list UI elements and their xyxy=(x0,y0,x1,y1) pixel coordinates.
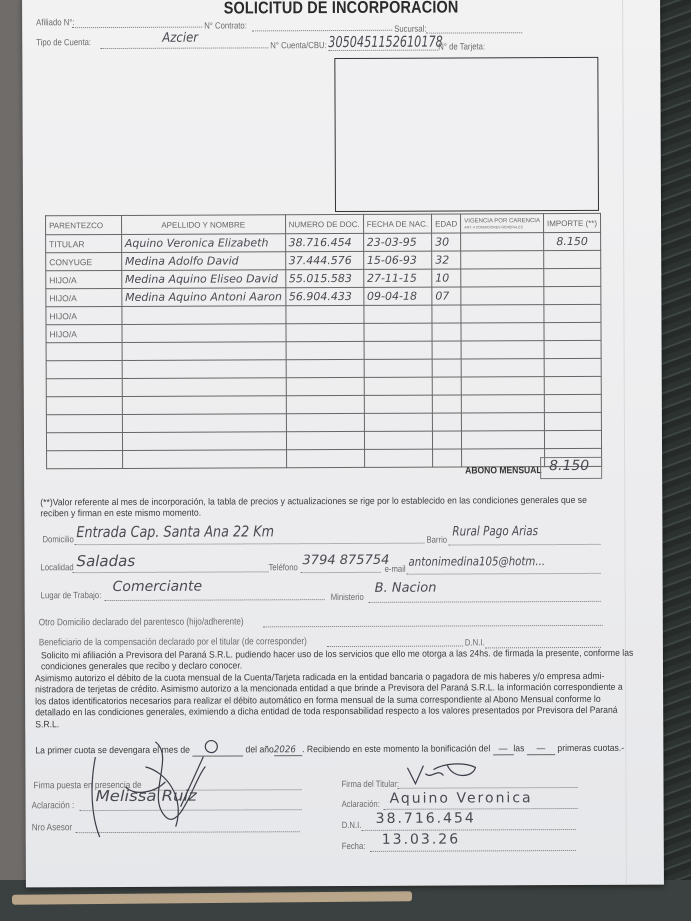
family-table-row xyxy=(46,412,601,432)
cell-nombre[interactable] xyxy=(122,360,286,379)
domicilio-label: Domicilio xyxy=(42,534,73,544)
abono-mensual-label: ABONO MENSUAL xyxy=(465,465,542,476)
debito-paragraph: Asimismo autorizo el débito de la cuota … xyxy=(35,671,629,731)
background-marble xyxy=(659,0,691,921)
form-title: SOLICITUD DE INCORPORACIÓN xyxy=(70,0,612,19)
cell-fecha-nac[interactable] xyxy=(364,377,432,395)
cell-doc[interactable] xyxy=(286,395,364,413)
family-table-row xyxy=(46,394,601,414)
family-table-row xyxy=(46,340,601,360)
fecha-field[interactable] xyxy=(370,850,576,852)
barrio-field[interactable] xyxy=(448,544,600,546)
header-edad: EDAD xyxy=(432,214,461,233)
tipo-cuenta-label: Tipo de Cuenta: xyxy=(36,37,91,47)
cell-doc[interactable] xyxy=(286,431,364,449)
header-fecha-nac: FECHA DE NAC. xyxy=(363,214,431,233)
asesor-label: Nro Asesor xyxy=(32,822,72,833)
dni-titular-field[interactable] xyxy=(362,829,576,831)
cell-fecha-nac[interactable]: 15-06-93 xyxy=(363,251,431,269)
cell-parentezco: HIJO/A xyxy=(46,324,122,342)
cell-doc[interactable] xyxy=(285,305,363,323)
barrio-label: Barrio xyxy=(426,535,447,545)
trabajo-field[interactable] xyxy=(105,599,325,601)
family-table-row xyxy=(46,376,601,396)
cell-edad[interactable] xyxy=(432,431,461,449)
cell-fecha-nac[interactable]: 23-03-95 xyxy=(363,233,431,251)
cell-doc[interactable] xyxy=(286,323,364,341)
aclaracion-left-label: Aclaración : xyxy=(32,800,75,811)
email-value: antonimedina105@hotm... xyxy=(408,554,545,569)
family-table-row: TITULARAquino Veronica Elizabeth38.716.4… xyxy=(46,232,601,252)
cell-edad[interactable] xyxy=(433,449,462,467)
family-table-row: HIJO/AMedina Aquino Antoni Aaron56.904.4… xyxy=(46,286,601,306)
contrato-field[interactable] xyxy=(252,30,392,32)
afiliado-label: Afiliado N°: xyxy=(36,17,74,27)
family-table-row: CONYUGEMedina Adolfo David37.444.57615-0… xyxy=(46,250,601,270)
cell-importe[interactable]: 8.150 xyxy=(544,232,601,250)
cell-nombre[interactable] xyxy=(122,450,286,469)
cell-vigencia[interactable] xyxy=(461,305,544,323)
otro-domicilio-field[interactable] xyxy=(263,625,603,627)
cell-importe[interactable] xyxy=(544,376,601,394)
cell-parentezco xyxy=(46,432,122,450)
cell-nombre[interactable] xyxy=(122,378,286,397)
email-label: e-mail xyxy=(385,564,406,574)
titular-signature-label: Firma del Titular: xyxy=(341,779,399,789)
cell-doc[interactable]: 56.904.433 xyxy=(285,287,363,305)
aclaracion-right-value: Aquino Veronica xyxy=(390,790,533,807)
trabajo-label: Lugar de Trabajo: xyxy=(41,590,102,600)
contrato-label: N° Contrato: xyxy=(204,20,247,30)
family-table-row: HIJO/A xyxy=(46,304,601,324)
cell-parentezco xyxy=(47,450,123,468)
cell-edad[interactable] xyxy=(432,359,461,377)
cell-edad[interactable] xyxy=(432,413,461,431)
cell-nombre[interactable]: Medina Adolfo David xyxy=(121,252,285,271)
cell-edad[interactable]: 30 xyxy=(432,233,461,251)
dni-titular-label: D.N.I. xyxy=(342,820,362,830)
cell-vigencia[interactable] xyxy=(461,359,544,377)
cell-nombre[interactable] xyxy=(122,306,286,325)
family-table-row xyxy=(46,430,601,450)
header-nombre: APELLIDO Y NOMBRE xyxy=(121,215,285,235)
cell-fecha-nac[interactable]: 27-11-15 xyxy=(363,269,431,287)
cell-parentezco xyxy=(46,342,122,360)
telefono-label: Teléfono xyxy=(269,562,298,572)
cell-vigencia[interactable] xyxy=(462,413,545,431)
otro-domicilio-label: Otro Domicilio declarado del parentesco … xyxy=(39,616,244,628)
domicilio-value: Entrada Cap. Santa Ana 22 Km xyxy=(76,522,274,541)
header-importe: IMPORTE (**) xyxy=(543,213,600,232)
cuota-las: las xyxy=(513,743,524,753)
cell-doc[interactable] xyxy=(286,449,364,467)
cell-vigencia[interactable] xyxy=(461,233,544,251)
cell-vigencia[interactable] xyxy=(462,395,545,413)
aclaracion-right-label: Aclaración: xyxy=(342,799,380,809)
cell-importe[interactable] xyxy=(544,304,601,322)
dni-beneficiario-label: D.N.I. xyxy=(465,637,485,647)
cell-fecha-nac[interactable]: 09-04-18 xyxy=(363,287,431,305)
ministerio-value: B. Nacion xyxy=(375,581,437,596)
ministerio-label: Ministerio xyxy=(331,592,364,602)
tarjeta-label: N° de Tarjeta: xyxy=(438,41,485,51)
cell-fecha-nac[interactable] xyxy=(364,323,432,341)
header-vigencia-sub: ART. 4 CONDICIONES GENERALES xyxy=(464,224,540,230)
cell-fecha-nac[interactable] xyxy=(364,449,432,467)
cell-importe[interactable] xyxy=(544,358,601,376)
cell-doc[interactable]: 55.015.583 xyxy=(285,269,363,287)
cell-importe[interactable] xyxy=(544,268,601,286)
cell-vigencia[interactable] xyxy=(461,269,544,287)
cell-nombre[interactable] xyxy=(122,324,286,343)
cell-parentezco xyxy=(46,396,122,414)
cell-nombre[interactable] xyxy=(122,432,286,451)
barrio-value: Rural Pago Arias xyxy=(452,524,538,539)
cell-vigencia[interactable] xyxy=(461,323,544,341)
cell-vigencia[interactable] xyxy=(462,431,545,449)
fecha-value: 13.03.26 xyxy=(382,831,460,847)
titular-signature xyxy=(403,759,483,789)
cell-edad[interactable]: 32 xyxy=(432,251,461,269)
cuota-anio-label: del año xyxy=(245,744,273,754)
cell-doc[interactable]: 37.444.576 xyxy=(285,251,363,269)
cell-nombre[interactable]: Medina Aquino Eliseo David xyxy=(121,270,285,289)
ministerio-field[interactable] xyxy=(369,601,601,603)
domicilio-field[interactable] xyxy=(74,543,424,546)
email-field[interactable] xyxy=(407,573,601,575)
cell-importe[interactable] xyxy=(544,412,601,430)
cell-edad[interactable]: 10 xyxy=(432,269,461,287)
cell-nombre[interactable]: Aquino Veronica Elizabeth xyxy=(121,234,285,253)
telefono-value: 3794 875754 xyxy=(302,553,389,568)
dni-titular-value: 38.716.454 xyxy=(376,810,476,826)
cell-parentezco: HIJO/A xyxy=(46,270,122,288)
cell-edad[interactable] xyxy=(432,395,461,413)
cell-nombre[interactable] xyxy=(122,414,286,433)
cuenta-cbu-value: 3050451152610178 xyxy=(328,33,443,51)
fecha-label: Fecha: xyxy=(342,841,366,851)
tipo-cuenta-value: Azcier xyxy=(162,31,198,46)
cell-edad[interactable] xyxy=(432,377,461,395)
cell-doc[interactable] xyxy=(286,359,364,377)
cell-fecha-nac[interactable] xyxy=(364,431,432,449)
header-vigencia-title: VIGENCIA POR CARENCIA xyxy=(464,218,540,224)
cell-nombre[interactable] xyxy=(122,396,286,415)
cell-nombre[interactable] xyxy=(122,342,286,361)
cell-edad[interactable] xyxy=(432,305,461,323)
witness-signature xyxy=(85,737,225,848)
cuenta-cbu-label: N° Cuenta/CBU: xyxy=(270,40,326,50)
cell-parentezco: HIJO/A xyxy=(46,288,122,306)
tipo-cuenta-field[interactable] xyxy=(100,47,268,49)
cell-vigencia[interactable] xyxy=(461,377,544,395)
family-table-row: HIJO/A xyxy=(46,322,601,342)
cell-parentezco xyxy=(46,414,122,432)
trabajo-value: Comerciante xyxy=(113,579,203,595)
cell-importe[interactable] xyxy=(544,394,601,412)
abono-mensual-value: 8.150 xyxy=(549,458,589,474)
cell-doc[interactable] xyxy=(286,413,364,431)
family-table-row: HIJO/AMedina Aquino Eliseo David55.015.5… xyxy=(46,268,601,288)
cell-parentezco: HIJO/A xyxy=(46,306,122,324)
cell-vigencia[interactable] xyxy=(461,251,544,269)
cuota-mid: . Recibiendo en este momento la bonifica… xyxy=(302,743,490,754)
cell-vigencia[interactable] xyxy=(461,341,544,359)
localidad-value: Saladas xyxy=(76,552,135,570)
cell-doc[interactable] xyxy=(286,341,364,359)
header-parentezco: PARENTEZCO xyxy=(46,215,122,234)
afiliacion-paragraph: Solicito mi afiliación a Previsora del P… xyxy=(41,648,635,673)
cell-fecha-nac[interactable] xyxy=(364,413,432,431)
family-table-row xyxy=(46,358,601,378)
cell-vigencia[interactable] xyxy=(461,287,544,305)
cell-fecha-nac[interactable] xyxy=(364,359,432,377)
cell-fecha-nac[interactable] xyxy=(364,341,432,359)
bonif-las-field[interactable]: — xyxy=(527,743,555,756)
form-paper: SOLICITUD DE INCORPORACIÓN Afiliado N°: … xyxy=(22,0,664,887)
cell-nombre[interactable]: Medina Aquino Antoni Aaron xyxy=(122,288,286,307)
cell-importe[interactable] xyxy=(544,250,601,268)
cell-importe[interactable] xyxy=(544,286,601,304)
localidad-label: Localidad xyxy=(41,562,74,572)
family-table: PARENTEZCO APELLIDO Y NOMBRE NUMERO DE D… xyxy=(45,213,602,469)
cell-doc[interactable]: 38.716.454 xyxy=(285,233,363,251)
cell-importe[interactable] xyxy=(544,322,601,340)
header-vigencia: VIGENCIA POR CARENCIA ART. 4 CONDICIONES… xyxy=(461,214,544,233)
cuota-suffix: primeras cuotas.- xyxy=(557,743,624,753)
cell-edad[interactable] xyxy=(432,323,461,341)
abono-mensual-field[interactable]: 8.150 xyxy=(540,457,602,479)
telefono-field[interactable] xyxy=(301,572,381,573)
cell-fecha-nac[interactable] xyxy=(364,395,432,413)
cell-edad[interactable] xyxy=(432,341,461,359)
aclaracion-right-field[interactable] xyxy=(384,808,578,810)
family-table-header: PARENTEZCO APELLIDO Y NOMBRE NUMERO DE D… xyxy=(46,213,601,234)
cell-parentezco: TITULAR xyxy=(46,234,122,252)
afiliado-field[interactable] xyxy=(72,27,202,29)
beneficiario-label: Beneficiario de la compensación declarad… xyxy=(39,636,307,648)
price-footnote: (**)Valor referente al mes de incorporac… xyxy=(40,495,595,520)
localidad-field[interactable] xyxy=(73,571,269,573)
card-photo-box xyxy=(334,57,599,212)
cell-parentezco: CONYUGE xyxy=(46,252,122,270)
cuota-anio-value[interactable]: 2026 xyxy=(274,744,302,757)
cell-parentezco xyxy=(46,378,122,396)
cell-importe[interactable] xyxy=(544,430,601,448)
cell-edad[interactable]: 07 xyxy=(432,287,461,305)
header-doc: NUMERO DE DOC. xyxy=(285,214,363,233)
cell-fecha-nac[interactable] xyxy=(364,305,432,323)
beneficiario-field[interactable] xyxy=(327,645,463,647)
cell-importe[interactable] xyxy=(544,340,601,358)
cell-parentezco xyxy=(46,360,122,378)
bonif-del-field[interactable]: — xyxy=(493,743,514,755)
cell-doc[interactable] xyxy=(286,377,364,395)
